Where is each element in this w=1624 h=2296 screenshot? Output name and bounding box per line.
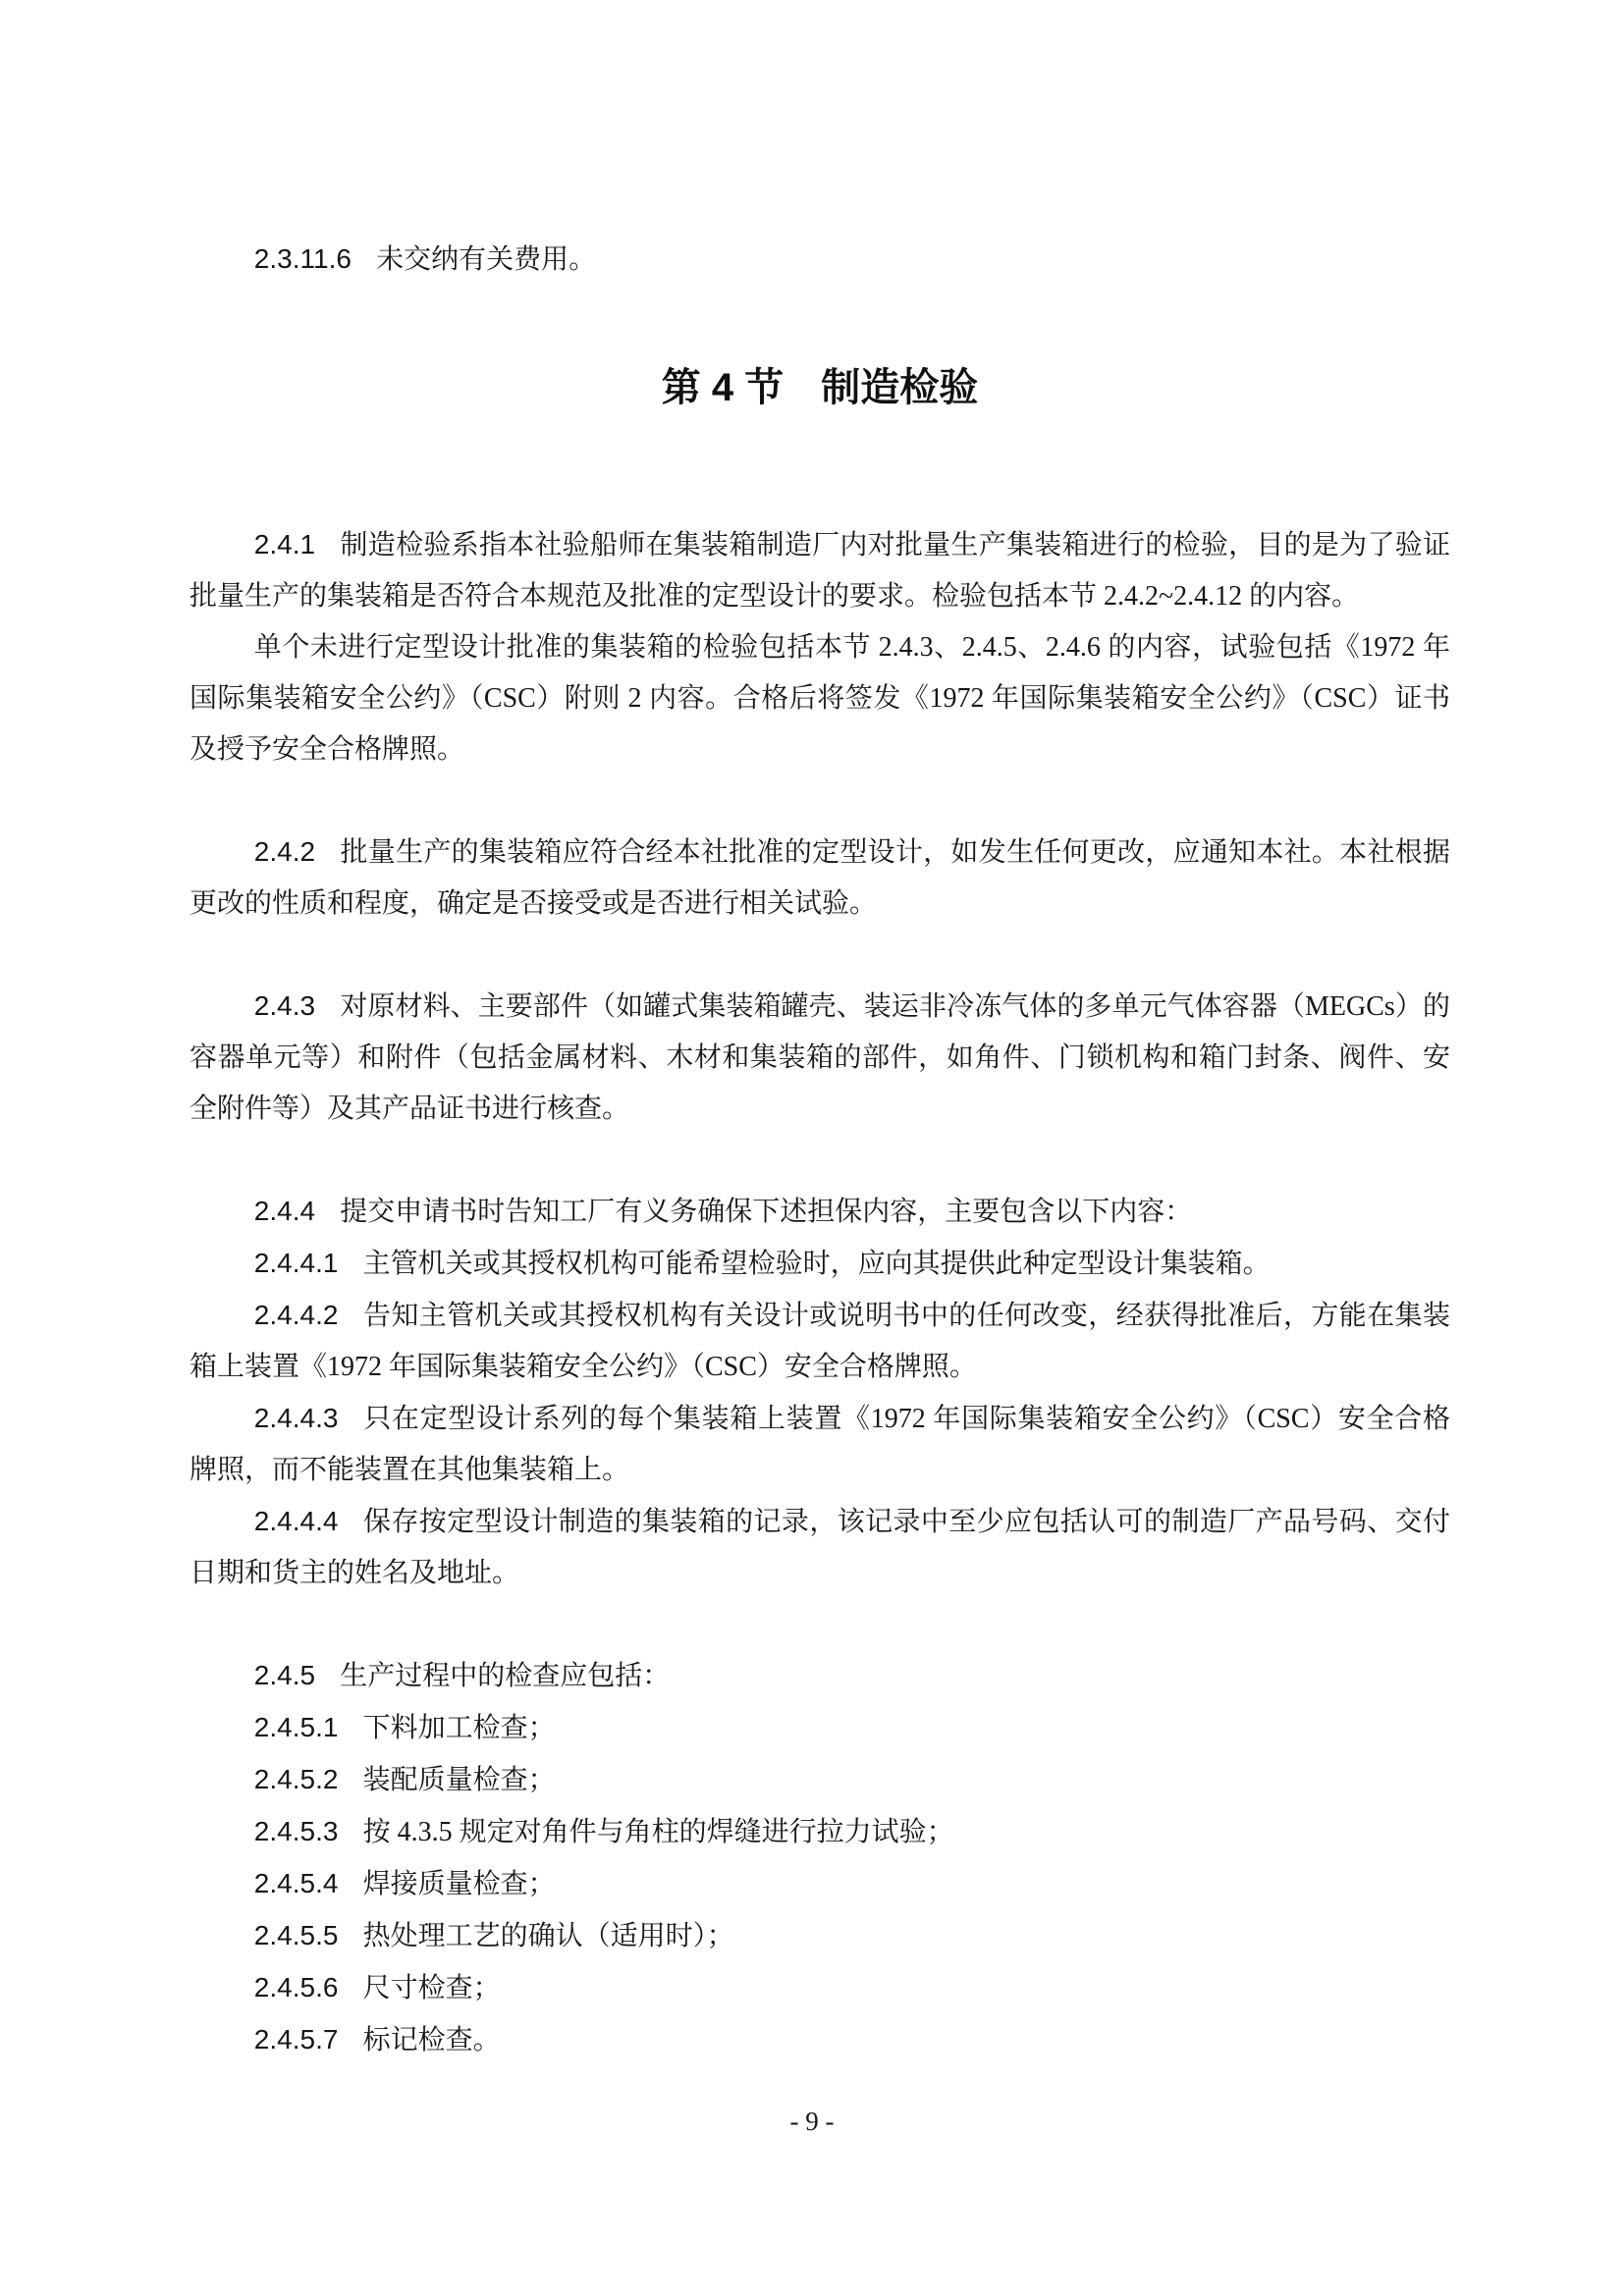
paragraph-number: 2.4.5.5 bbox=[254, 1920, 339, 1950]
paragraph-text: 热处理工艺的确认（适用时）； bbox=[363, 1921, 734, 1951]
paragraph-number: 2.4.5.7 bbox=[254, 2024, 339, 2055]
paragraph-list: 2.4.1制造检验系指本社验船师在集装箱制造厂内对批量生产集装箱进行的检验，目的… bbox=[189, 519, 1450, 2066]
paragraph-number: 2.4.1 bbox=[254, 529, 315, 560]
paragraph-text: 生产过程中的检查应包括： bbox=[340, 1661, 670, 1691]
intro-paragraph-text: 未交纳有关费用。 bbox=[376, 244, 596, 275]
paragraph-text: 尺寸检查； bbox=[363, 1973, 501, 2003]
paragraph-number: 2.4.4 bbox=[254, 1196, 315, 1226]
page-content: 2.3.11.6未交纳有关费用。 第 4 节制造检验 2.4.1制造检验系指本社… bbox=[0, 0, 1624, 2066]
paragraph: 2.4.4.4保存按定型设计制造的集装箱的记录，该记录中至少应包括认可的制造厂产… bbox=[189, 1496, 1450, 1599]
paragraph-text: 只在定型设计系列的每个集装箱上装置《1972 年国际集装箱安全公约》（CSC）安… bbox=[189, 1404, 1450, 1485]
paragraph-text: 保存按定型设计制造的集装箱的记录，该记录中至少应包括认可的制造厂产品号码、交付日… bbox=[189, 1507, 1450, 1588]
intro-paragraph: 2.3.11.6未交纳有关费用。 bbox=[189, 234, 1450, 286]
section-heading: 第 4 节制造检验 bbox=[189, 366, 1450, 409]
paragraph: 2.4.5.5热处理工艺的确认（适用时）； bbox=[189, 1910, 1450, 1962]
paragraph-text: 装配质量检查； bbox=[363, 1765, 556, 1795]
section-heading-label: 第 4 节 bbox=[662, 366, 784, 409]
paragraph-text: 单个未进行定型设计批准的集装箱的检验包括本节 2.4.3、2.4.5、2.4.6… bbox=[189, 632, 1450, 765]
paragraph-text: 主管机关或其授权机构可能希望检验时，应向其提供此种定型设计集装箱。 bbox=[363, 1249, 1271, 1279]
paragraph-number: 2.4.5 bbox=[254, 1660, 315, 1690]
paragraph-number: 2.4.3 bbox=[254, 990, 315, 1021]
paragraph: 2.4.5.4焊接质量检查； bbox=[189, 1858, 1450, 1910]
paragraph: 2.4.4.3只在定型设计系列的每个集装箱上装置《1972 年国际集装箱安全公约… bbox=[189, 1393, 1450, 1496]
paragraph: 2.4.5.6尺寸检查； bbox=[189, 1962, 1450, 2014]
paragraph-text: 对原材料、主要部件（如罐式集装箱罐壳、装运非冷冻气体的多单元气体容器（MEGCs… bbox=[189, 991, 1450, 1124]
paragraph: 2.4.3对原材料、主要部件（如罐式集装箱罐壳、装运非冷冻气体的多单元气体容器（… bbox=[189, 981, 1450, 1135]
paragraph-number: 2.4.5.2 bbox=[254, 1764, 339, 1794]
paragraph-number: 2.4.2 bbox=[254, 836, 315, 867]
paragraph-number: 2.4.5.3 bbox=[254, 1816, 339, 1846]
paragraph-number: 2.4.4.3 bbox=[254, 1403, 339, 1433]
paragraph: 单个未进行定型设计批准的集装箱的检验包括本节 2.4.3、2.4.5、2.4.6… bbox=[189, 622, 1450, 775]
paragraph: 2.4.5.7标记检查。 bbox=[189, 2014, 1450, 2066]
paragraph-text: 焊接质量检查； bbox=[363, 1869, 556, 1899]
paragraph-number: 2.4.5.4 bbox=[254, 1868, 339, 1898]
paragraph: 2.4.4.2告知主管机关或其授权机构有关设计或说明书中的任何改变，经获得批准后… bbox=[189, 1290, 1450, 1393]
paragraph-text: 制造检验系指本社验船师在集装箱制造厂内对批量生产集装箱进行的检验，目的是为了验证… bbox=[189, 530, 1450, 612]
section-heading-title: 制造检验 bbox=[821, 366, 978, 409]
paragraph-number: 2.4.5.6 bbox=[254, 1972, 339, 2002]
paragraph-number: 2.4.5.1 bbox=[254, 1712, 339, 1742]
paragraph: 2.4.4.1主管机关或其授权机构可能希望检验时，应向其提供此种定型设计集装箱。 bbox=[189, 1238, 1450, 1290]
paragraph: 2.4.4提交申请书时告知工厂有义务确保下述担保内容，主要包含以下内容： bbox=[189, 1186, 1450, 1238]
paragraph: 2.4.5.3按 4.3.5 规定对角件与角柱的焊缝进行拉力试验； bbox=[189, 1806, 1450, 1858]
paragraph-number: 2.4.4.2 bbox=[254, 1300, 339, 1330]
paragraph-number: 2.4.4.1 bbox=[254, 1248, 339, 1278]
paragraph-text: 下料加工检查； bbox=[363, 1713, 556, 1743]
paragraph: 2.4.5生产过程中的检查应包括： bbox=[189, 1650, 1450, 1702]
paragraph-text: 提交申请书时告知工厂有义务确保下述担保内容，主要包含以下内容： bbox=[340, 1197, 1192, 1227]
page-number: - 9 - bbox=[0, 2105, 1624, 2138]
paragraph: 2.4.5.2装配质量检查； bbox=[189, 1754, 1450, 1806]
intro-paragraph-number: 2.3.11.6 bbox=[254, 243, 352, 274]
paragraph-text: 标记检查。 bbox=[363, 2025, 501, 2056]
paragraph-text: 告知主管机关或其授权机构有关设计或说明书中的任何改变，经获得批准后，方能在集装箱… bbox=[189, 1301, 1450, 1382]
paragraph-text: 批量生产的集装箱应符合经本社批准的定型设计，如发生任何更改，应通知本社。本社根据… bbox=[189, 837, 1450, 919]
paragraph: 2.4.1制造检验系指本社验船师在集装箱制造厂内对批量生产集装箱进行的检验，目的… bbox=[189, 519, 1450, 622]
paragraph-text: 按 4.3.5 规定对角件与角柱的焊缝进行拉力试验； bbox=[363, 1817, 954, 1847]
paragraph: 2.4.2批量生产的集装箱应符合经本社批准的定型设计，如发生任何更改，应通知本社… bbox=[189, 827, 1450, 930]
paragraph-number: 2.4.4.4 bbox=[254, 1506, 339, 1536]
document-page: 2.3.11.6未交纳有关费用。 第 4 节制造检验 2.4.1制造检验系指本社… bbox=[0, 0, 1624, 2296]
paragraph: 2.4.5.1下料加工检查； bbox=[189, 1702, 1450, 1754]
